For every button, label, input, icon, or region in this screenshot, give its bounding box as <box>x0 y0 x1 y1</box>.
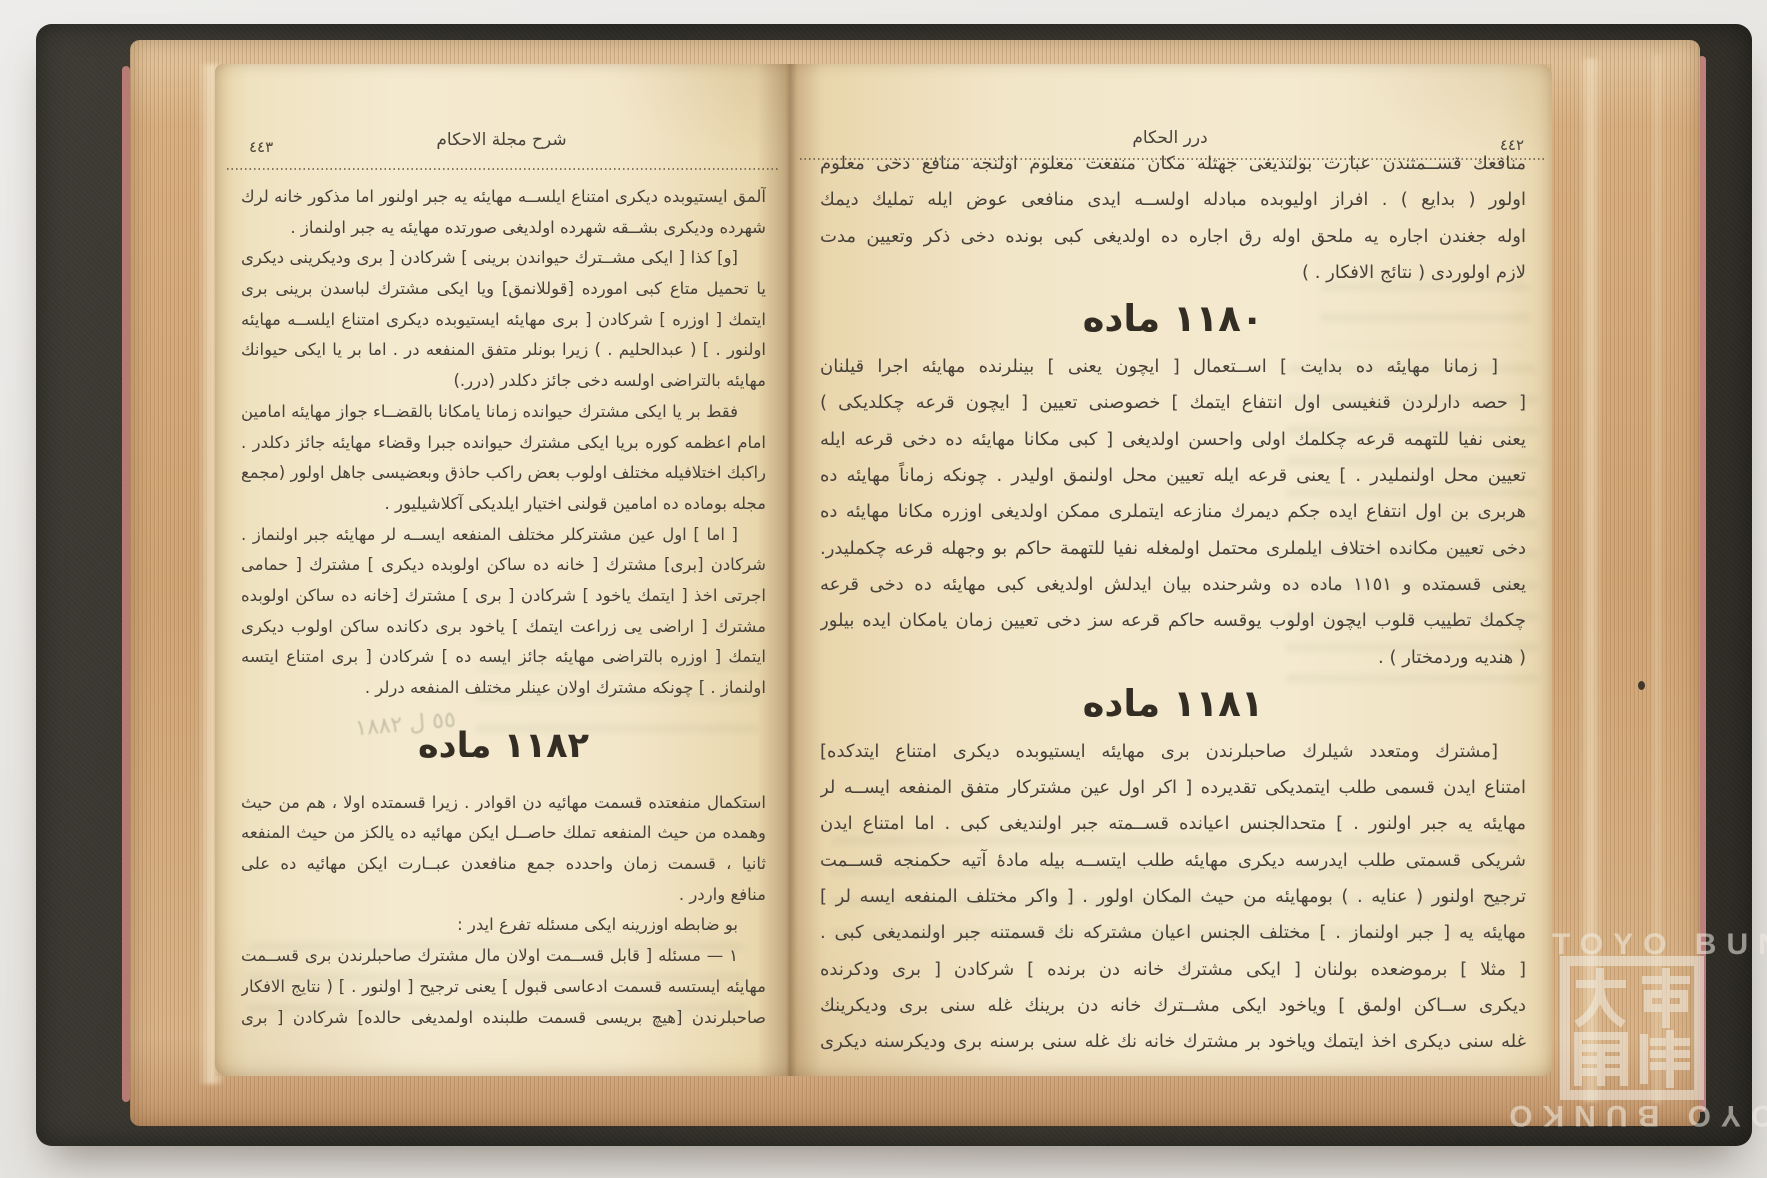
text-line: يعنى نفيا للتهمه قرعه چكلمك اولى واحسن ا… <box>820 422 1526 458</box>
text-line: منافعك قســمتندن عبارت بولنديغى جهتله مك… <box>820 146 1526 182</box>
page-header: ٤٤٢ درر الحكام <box>788 128 1552 148</box>
text-line: اجرتى اخذ [ ايتمك ياخود ] شركادن [ برى ]… <box>241 581 766 612</box>
text-line: [ حصه دارلردن قنغيسى اول انتفاع ايتمك ] … <box>820 385 1526 421</box>
text-line: ديكرى ســاكن اولمق ] وياخود ايكى مشــترك… <box>820 988 1526 1024</box>
endpaper-edge-left <box>122 66 130 1102</box>
text-line: منافع واردر . <box>241 880 766 911</box>
running-title: درر الحكام <box>1132 128 1207 148</box>
article-heading: ١١٨٢ ماده <box>241 720 766 774</box>
text-line: ايتمك [ اوزره ] شركادن [ برى مهايئه ايست… <box>241 305 766 336</box>
text-line: يعنى قسمتده و ١١٥١ ماده ده وشرحنده بيان … <box>820 567 1526 603</box>
text-line: شريكى قسمتى طلب ايدرسه ديكرى مهايئه طلب … <box>820 843 1526 879</box>
text-line: راكبك اختلافيله مختلف اولوب بعض راكب حاذ… <box>241 458 766 489</box>
text-line: صاحبلرندن [هيچ بريسى قسمت طلبنده اولمديغ… <box>241 1003 766 1034</box>
page-edge-highlight <box>1580 58 1602 1102</box>
photo-background: ٤٤٣ شرح مجلة الاحكام ٥٥ ل ١٨٨٢ آلمق ايست… <box>0 0 1767 1178</box>
text-line: [ زمانا مهايئه ده بدايت ] اســتعمال [ اي… <box>820 349 1526 385</box>
text-line: ١ — مسئله [ قابل قســمت اولان مال مشترك … <box>241 941 766 972</box>
text-line: شهرده وديكرى بشــقه شهرده اولديغى صورتده… <box>241 213 766 244</box>
page-body: منافعك قســمتندن عبارت بولنديغى جهتله مك… <box>820 146 1526 1061</box>
text-line: ثانيا ، قسمت زمان واحدده جمع منافعدن عبـ… <box>241 849 766 880</box>
text-line: استكمال منفعتده قسمت مهائيه دن اقوادر . … <box>241 788 766 819</box>
text-line: اولنماز . ] چونكه مشترك اولان عينلر مختل… <box>241 673 766 704</box>
text-line: اولور ( بدايع ) . افراز اوليوبده مبادله … <box>820 182 1526 218</box>
text-line: [مشترك ومتعدد شيلرك صاحبلرندن برى مهايئه… <box>820 734 1526 770</box>
text-line: لازم اولوردى ( نتائج الافكار . ) <box>820 255 1526 291</box>
text-line: مهايئه يه [ جبر اولنماز . ] مختلف الجنس … <box>820 915 1526 951</box>
text-line: ( هنديه وردمختار ) . <box>820 640 1526 676</box>
text-line: آلمق ايستيوبده ديكرى امتناع ايلســه مهاي… <box>241 182 766 213</box>
text-line: دخى تعيين مكانده اختلاف ايلملرى محتمل او… <box>820 531 1526 567</box>
page-header: ٤٤٣ شرح مجلة الاحكام <box>215 130 788 150</box>
text-line: [ اما ] اول عين مشتركلر مختلف المنفعه اي… <box>241 520 766 551</box>
article-heading: ١١٨٠ ماده <box>820 293 1526 347</box>
open-spread: ٤٤٣ شرح مجلة الاحكام ٥٥ ل ١٨٨٢ آلمق ايست… <box>215 64 1552 1076</box>
text-line: مشترك [ اراضى يى زراعت ايتمك ] ياخود برى… <box>241 612 766 643</box>
text-line: اولنور . ] ( عبدالحليم . ) زيرا بونلر مت… <box>241 335 766 366</box>
text-line: غله سنى ديكرى اخذ ايتمك وياخود بر مشترك … <box>820 1024 1526 1060</box>
text-line: وهمده من حيث المنفعه تملك حاصــل ايكن مه… <box>241 818 766 849</box>
text-line: اوله جغندن اجاره يه ملحق اوله رق اجاره د… <box>820 219 1526 255</box>
text-line: شركادن [برى] مشترك [ خانه ده ساكن اولوبد… <box>241 550 766 581</box>
page-edge-highlight <box>1650 54 1664 1104</box>
text-line: تعيين محل اولنمليدر . ] يعنى قرعه ايله ت… <box>820 458 1526 494</box>
text-line: فقط بر يا ايكى مشترك حيوانده زمانا يامكا… <box>241 397 766 428</box>
text-line: مهايئه ايستسه قسمت ادعاسى قبول ] يعنى تر… <box>241 972 766 1003</box>
page-edge-speck <box>1638 681 1645 690</box>
text-line: امام اعظمه كوره بريا ايكى مشترك حيوانده … <box>241 428 766 459</box>
article-heading: ١١٨١ ماده <box>820 678 1526 732</box>
text-line: يا تحميل متاع كبى امورده [قوللانمق] ويا … <box>241 274 766 305</box>
text-line: ايتمك [ اوزره بالتراضى مهايئه جائز ايسه … <box>241 642 766 673</box>
text-line: مهايئه بالتراضى اولسه دخى جائز دكلدر (در… <box>241 366 766 397</box>
text-line: ترجيح اولنور ( عنايه . ) بومهايئه من حيث… <box>820 879 1526 915</box>
right-page: ٤٤٢ درر الحكام منافعك قســمتندن عبارت بو… <box>788 64 1552 1076</box>
left-page: ٤٤٣ شرح مجلة الاحكام ٥٥ ل ١٨٨٢ آلمق ايست… <box>215 64 788 1076</box>
book: ٤٤٣ شرح مجلة الاحكام ٥٥ ل ١٨٨٢ آلمق ايست… <box>36 24 1752 1146</box>
text-line: مجله بوماده ده امامين قولنى اختيار ايلدي… <box>241 489 766 520</box>
text-line: [ مثلا ] برموضعده بولنان [ ايكى مشترك خا… <box>820 952 1526 988</box>
running-title: شرح مجلة الاحكام <box>436 130 566 150</box>
text-line: بو ضابطه اوزرينه ايكى مسئله تفرع ايدر : <box>241 910 766 941</box>
header-rule <box>227 168 780 170</box>
page-body: آلمق ايستيوبده ديكرى امتناع ايلســه مهاي… <box>241 182 766 1033</box>
text-line: مهايئه يه جبر اولنور . ] متحدالجنس اعيان… <box>820 806 1526 842</box>
page-number: ٤٤٣ <box>249 138 273 156</box>
text-line: امتناع ايدن قسمى طلب ايتمديكى تقديرده [ … <box>820 770 1526 806</box>
text-line: چكمك تطييب قلوب ايچون اولوب يوقسه حاكم ق… <box>820 603 1526 639</box>
text-line: هربرى بن اول انتفاع ايده جكم ديمرك منازع… <box>820 494 1526 530</box>
text-line: [و] كذا [ ايكى مشــترك حيواندن برينى ] ش… <box>241 243 766 274</box>
